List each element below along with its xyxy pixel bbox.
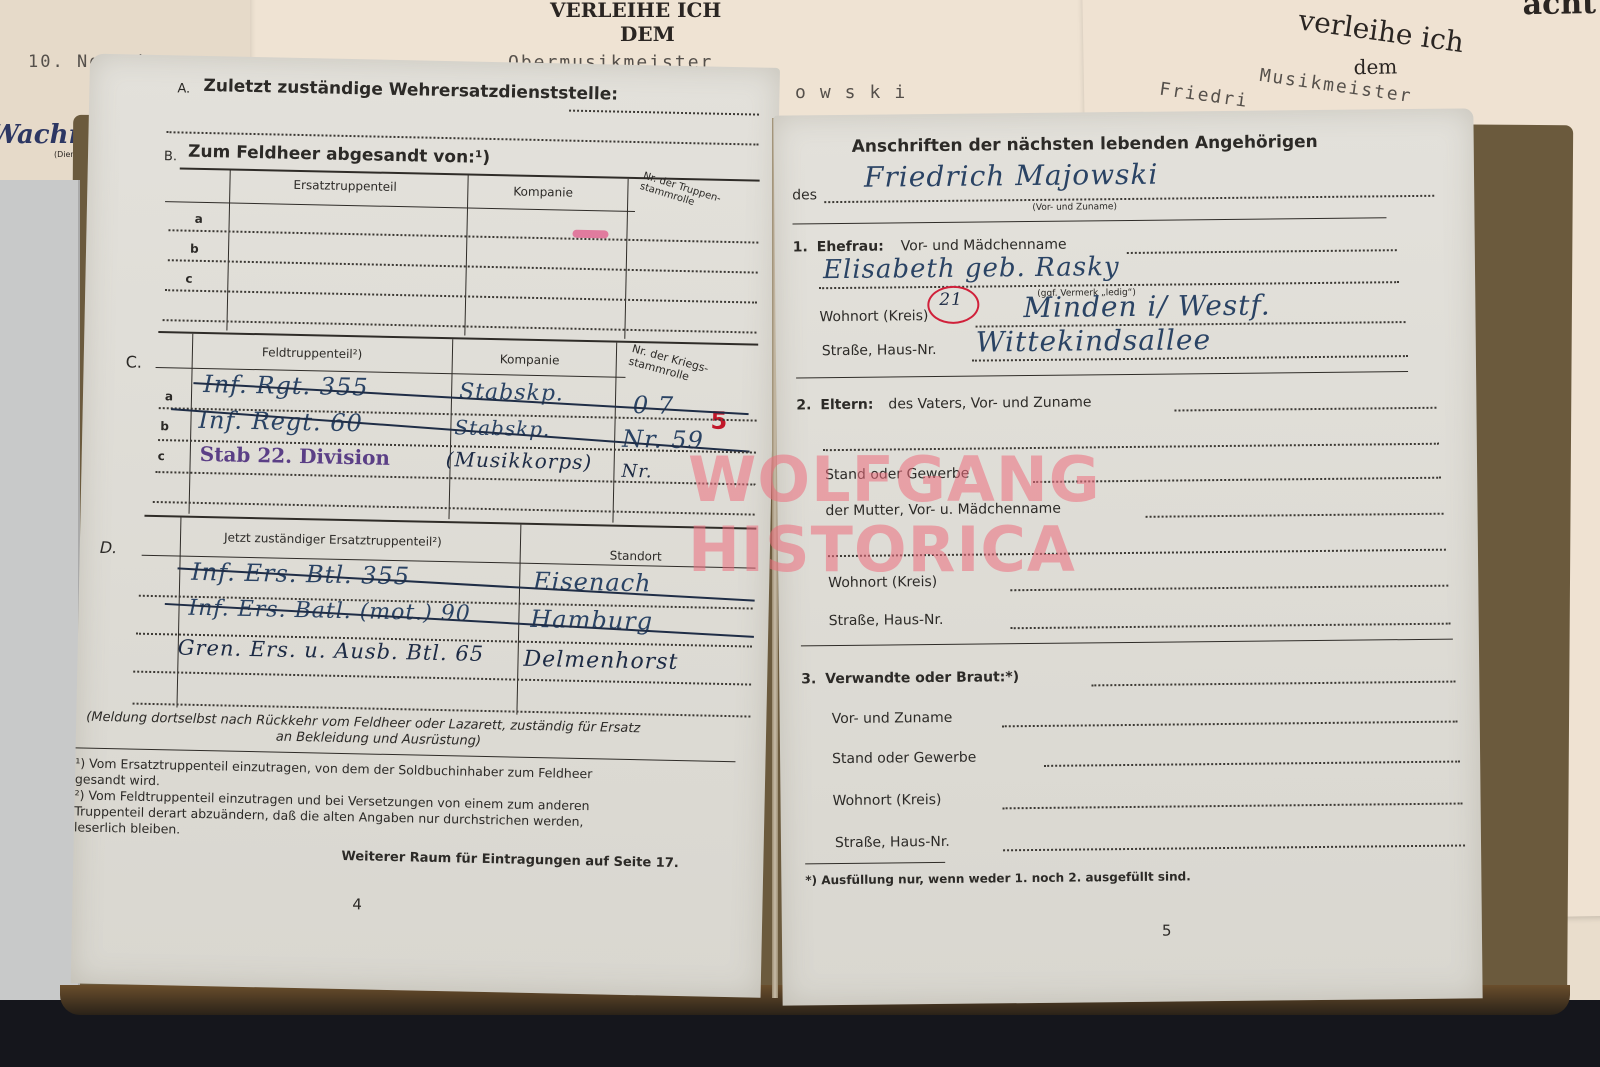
row-letter: b [160, 419, 169, 433]
column-divider [624, 179, 628, 339]
section-c-letter: C. [126, 352, 143, 371]
entry-line [828, 549, 1446, 557]
row-letter: a [165, 389, 173, 403]
circled-number: 21 [939, 290, 963, 310]
section-a-label: Zuletzt zuständige Wehrersatzdienststell… [203, 76, 618, 105]
entry-line [1174, 407, 1436, 412]
roll-number-entry: 0 7 [633, 391, 675, 420]
footnote: *) Ausfüllung nur, wenn weder 1. noch 2.… [805, 869, 1191, 887]
column-header: Feldtruppenteil²) [262, 345, 363, 361]
row-letter: a [195, 212, 203, 226]
entry-line [1003, 844, 1465, 851]
column-divider [516, 525, 521, 715]
parents-street-label: Straße, Haus-Nr. [829, 612, 944, 629]
column-header: Ersatztruppenteil [293, 178, 397, 194]
relatives-occupation-label: Stand oder Gewerbe [832, 750, 976, 768]
divider [796, 371, 1408, 378]
parents-heading: Eltern: [820, 397, 873, 414]
entry-line [1091, 681, 1455, 687]
relatives-residence-label: Wohnort (Kreis) [832, 792, 941, 809]
divider [801, 639, 1453, 647]
certificate-heading: VERLEIHE ICH [550, 0, 721, 22]
entry-line [153, 501, 755, 516]
des-label: des [792, 187, 817, 203]
certificate-name: Friedri [1158, 79, 1250, 112]
table-border [158, 331, 758, 346]
entry-line [168, 259, 758, 273]
spouse-name: Elisabeth geb. Rasky [823, 252, 1120, 285]
table-border [165, 201, 635, 212]
column-divider [176, 518, 181, 708]
parents-residence-label: Wohnort (Kreis) [828, 574, 937, 591]
company-entry: Stabskp. [454, 415, 550, 441]
column-divider [189, 334, 194, 514]
entry-line [1003, 803, 1463, 810]
table-border [144, 515, 756, 530]
soldbuch-page-4: A. Zuletzt zuständige Wehrersatzdienstst… [71, 54, 780, 998]
entry-line [163, 319, 757, 333]
spouse-number: 1. [793, 239, 808, 255]
entry-line [1146, 513, 1444, 518]
column-header: Standort [610, 549, 662, 564]
parents-number: 2. [796, 397, 811, 413]
column-header: Kompanie [513, 184, 573, 199]
entry-line [1044, 761, 1460, 767]
row-letter: b [190, 242, 199, 256]
unit-stamp: Stab 22. Division [200, 442, 391, 470]
entry-line [1010, 585, 1448, 592]
entry-line [569, 110, 759, 116]
cloth-cover [0, 180, 80, 1000]
certificate-text: dem [1353, 54, 1397, 79]
father-label: des Vaters, Vor- und Zuname [888, 394, 1091, 412]
entry-line [1011, 623, 1451, 630]
column-divider [612, 343, 617, 523]
replacement-unit-entry: Gren. Ers. u. Ausb. Btl. 65 [177, 636, 484, 666]
certificate-name: owski [795, 82, 919, 103]
section-b-letter: B. [164, 149, 177, 164]
row-letter: c [185, 272, 192, 286]
entry-line [1033, 477, 1441, 483]
page-title: Anschriften der nächsten lebenden Angehö… [852, 132, 1318, 157]
certificate-heading: DEM [620, 22, 675, 46]
certificate-text: acht [1522, 0, 1596, 22]
father-occupation-label: Stand oder Gewerbe [825, 466, 969, 484]
column-divider [226, 170, 230, 330]
entry-line [1127, 249, 1397, 254]
row-letter: c [158, 449, 165, 463]
relatives-name-label: Vor- und Zuname [832, 710, 953, 727]
entry-line [168, 229, 758, 243]
roll-number-entry: Nr. [621, 461, 653, 483]
page-number: 4 [352, 895, 362, 913]
location-entry: Delmenhorst [523, 647, 678, 675]
more-space-note: Weiterer Raum für Eintragungen auf Seite… [341, 849, 679, 871]
section-b-label: Zum Feldheer abgesandt von:¹) [188, 142, 490, 168]
residence-label: Wohnort (Kreis) [819, 308, 928, 325]
certificate-text: verleihe ich [1297, 3, 1466, 59]
footnote-rule [805, 862, 945, 864]
column-divider [464, 175, 468, 335]
spouse-label: Vor- und Mädchenname [901, 237, 1067, 255]
spouse-residence: Minden i/ Westf. [1023, 288, 1271, 324]
entry-line [165, 289, 757, 303]
entry-line [824, 195, 1434, 203]
column-header: Nr. der Kriegs-stammrolle [627, 342, 740, 396]
company-entry: (Musikkorps) [445, 447, 592, 474]
relatives-street-label: Straße, Haus-Nr. [835, 834, 950, 851]
soldbuch-page-5: Anschriften der nächsten lebenden Angehö… [773, 108, 1482, 1005]
spouse-heading: Ehefrau: [817, 239, 884, 256]
holder-caption: (Vor- und Zuname) [1032, 202, 1117, 213]
divider [792, 217, 1386, 224]
street-label: Straße, Haus-Nr. [822, 342, 937, 359]
column-header: Jetzt zuständiger Ersatztruppenteil²) [224, 530, 442, 549]
section-d-letter: D. [100, 538, 118, 557]
relatives-heading: Verwandte oder Braut:*) [825, 669, 1019, 687]
section-d-note: an Bekleidung und Ausrüstung) [276, 730, 481, 749]
red-ink-smudge [572, 230, 608, 239]
relatives-number: 3. [801, 671, 816, 687]
mother-label: der Mutter, Vor- u. Mädchenname [825, 501, 1061, 519]
holder-name: Friedrich Majowski [864, 158, 1159, 194]
page-number: 5 [1162, 922, 1172, 940]
entry-line [823, 443, 1439, 451]
entry-line [155, 471, 755, 486]
footnotes: ¹) Vom Ersatztruppenteil einzutragen, vo… [74, 755, 593, 846]
entry-line [1002, 721, 1458, 728]
column-header: Kompanie [500, 352, 560, 367]
spouse-street: Wittekindsallee [976, 323, 1212, 358]
section-a-letter: A. [177, 81, 190, 96]
